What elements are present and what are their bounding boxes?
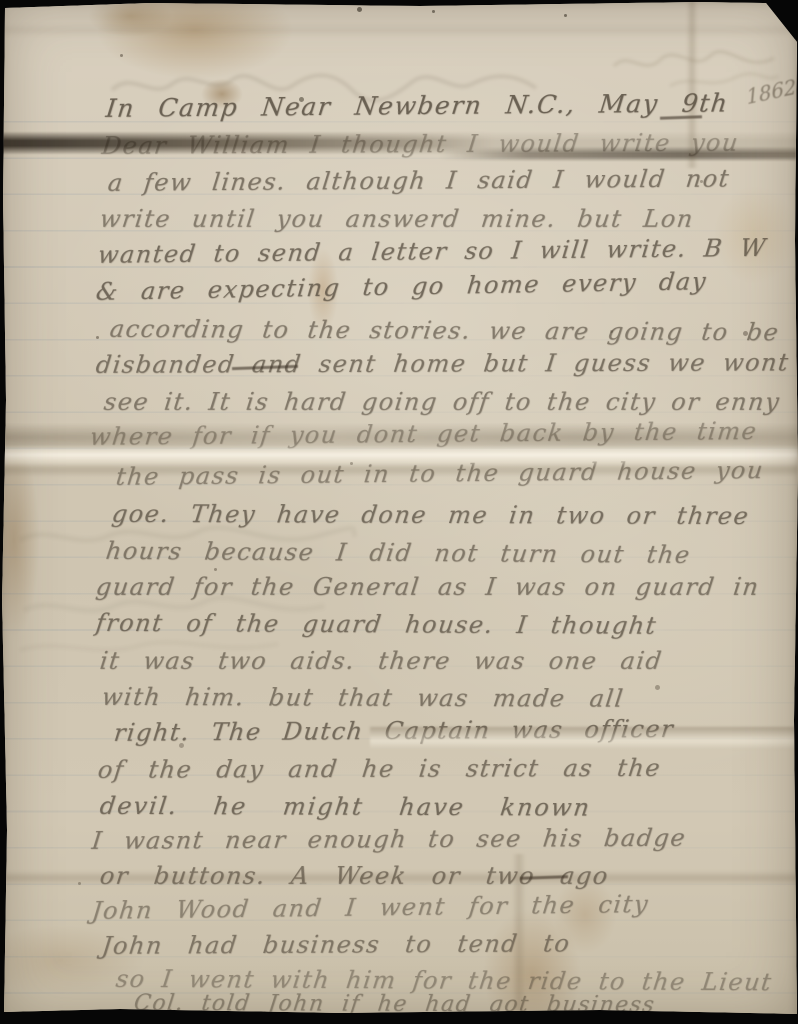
handwriting-line: disbanded and sent home but I guess we w… [94, 349, 791, 379]
ink-specks [0, 0, 3, 3]
handwriting-line: John Wood and I went for the city [90, 890, 650, 925]
handwriting-line: where for if you dont get back by the ti… [88, 417, 759, 451]
year-mark: 1862 [746, 75, 798, 110]
handwriting-line: right. The Dutch Captain was officer [112, 715, 675, 747]
scanned-letter-photo: 1862 In Camp Near Newbern N.C., May 9th … [0, 0, 798, 1024]
ink-strike-mark [660, 115, 702, 119]
handwriting-line: & are expecting to go home every day [95, 267, 709, 306]
handwriting-line: goe. They have done me in two or three [110, 500, 751, 530]
handwriting-line: it was two aids. there was one aid [98, 647, 664, 675]
handwriting-line: guard for the General as I was on guard … [94, 573, 761, 601]
handwriting-line: hours because I did not turn out the [104, 537, 692, 569]
handwriting-line: front of the guard house. I thought [94, 609, 658, 640]
handwriting-line: Col. told John if he had got business [132, 991, 656, 1018]
fold-crease-faint-top [0, 24, 798, 36]
handwriting-line: see it. It is hard going off to the city… [102, 388, 782, 416]
letter-paper: 1862 In Camp Near Newbern N.C., May 9th … [0, 0, 798, 1024]
handwriting-line: Dear William I thought I would write you [100, 129, 740, 160]
handwriting-line: of the day and he is strict as the [96, 754, 662, 784]
handwriting-line: with him. but that was made all [100, 683, 625, 713]
handwriting-line: devil. he might have known [98, 792, 592, 822]
handwriting-line: the pass is out in to the guard house yo… [114, 456, 765, 491]
handwriting-line: according to the stories. we are going t… [108, 315, 781, 347]
handwriting-line: a few lines. although I said I would not [106, 165, 731, 197]
handwriting-line: In Camp Near Newbern N.C., May 9th [104, 89, 730, 123]
handwriting-line: I wasnt near enough to see his badge [90, 824, 688, 855]
handwriting-line: John had business to tend to [100, 930, 572, 960]
handwriting-line: wanted to send a letter so I will write.… [96, 234, 768, 269]
handwriting-line: write until you answerd mine. but Lon [98, 205, 695, 233]
